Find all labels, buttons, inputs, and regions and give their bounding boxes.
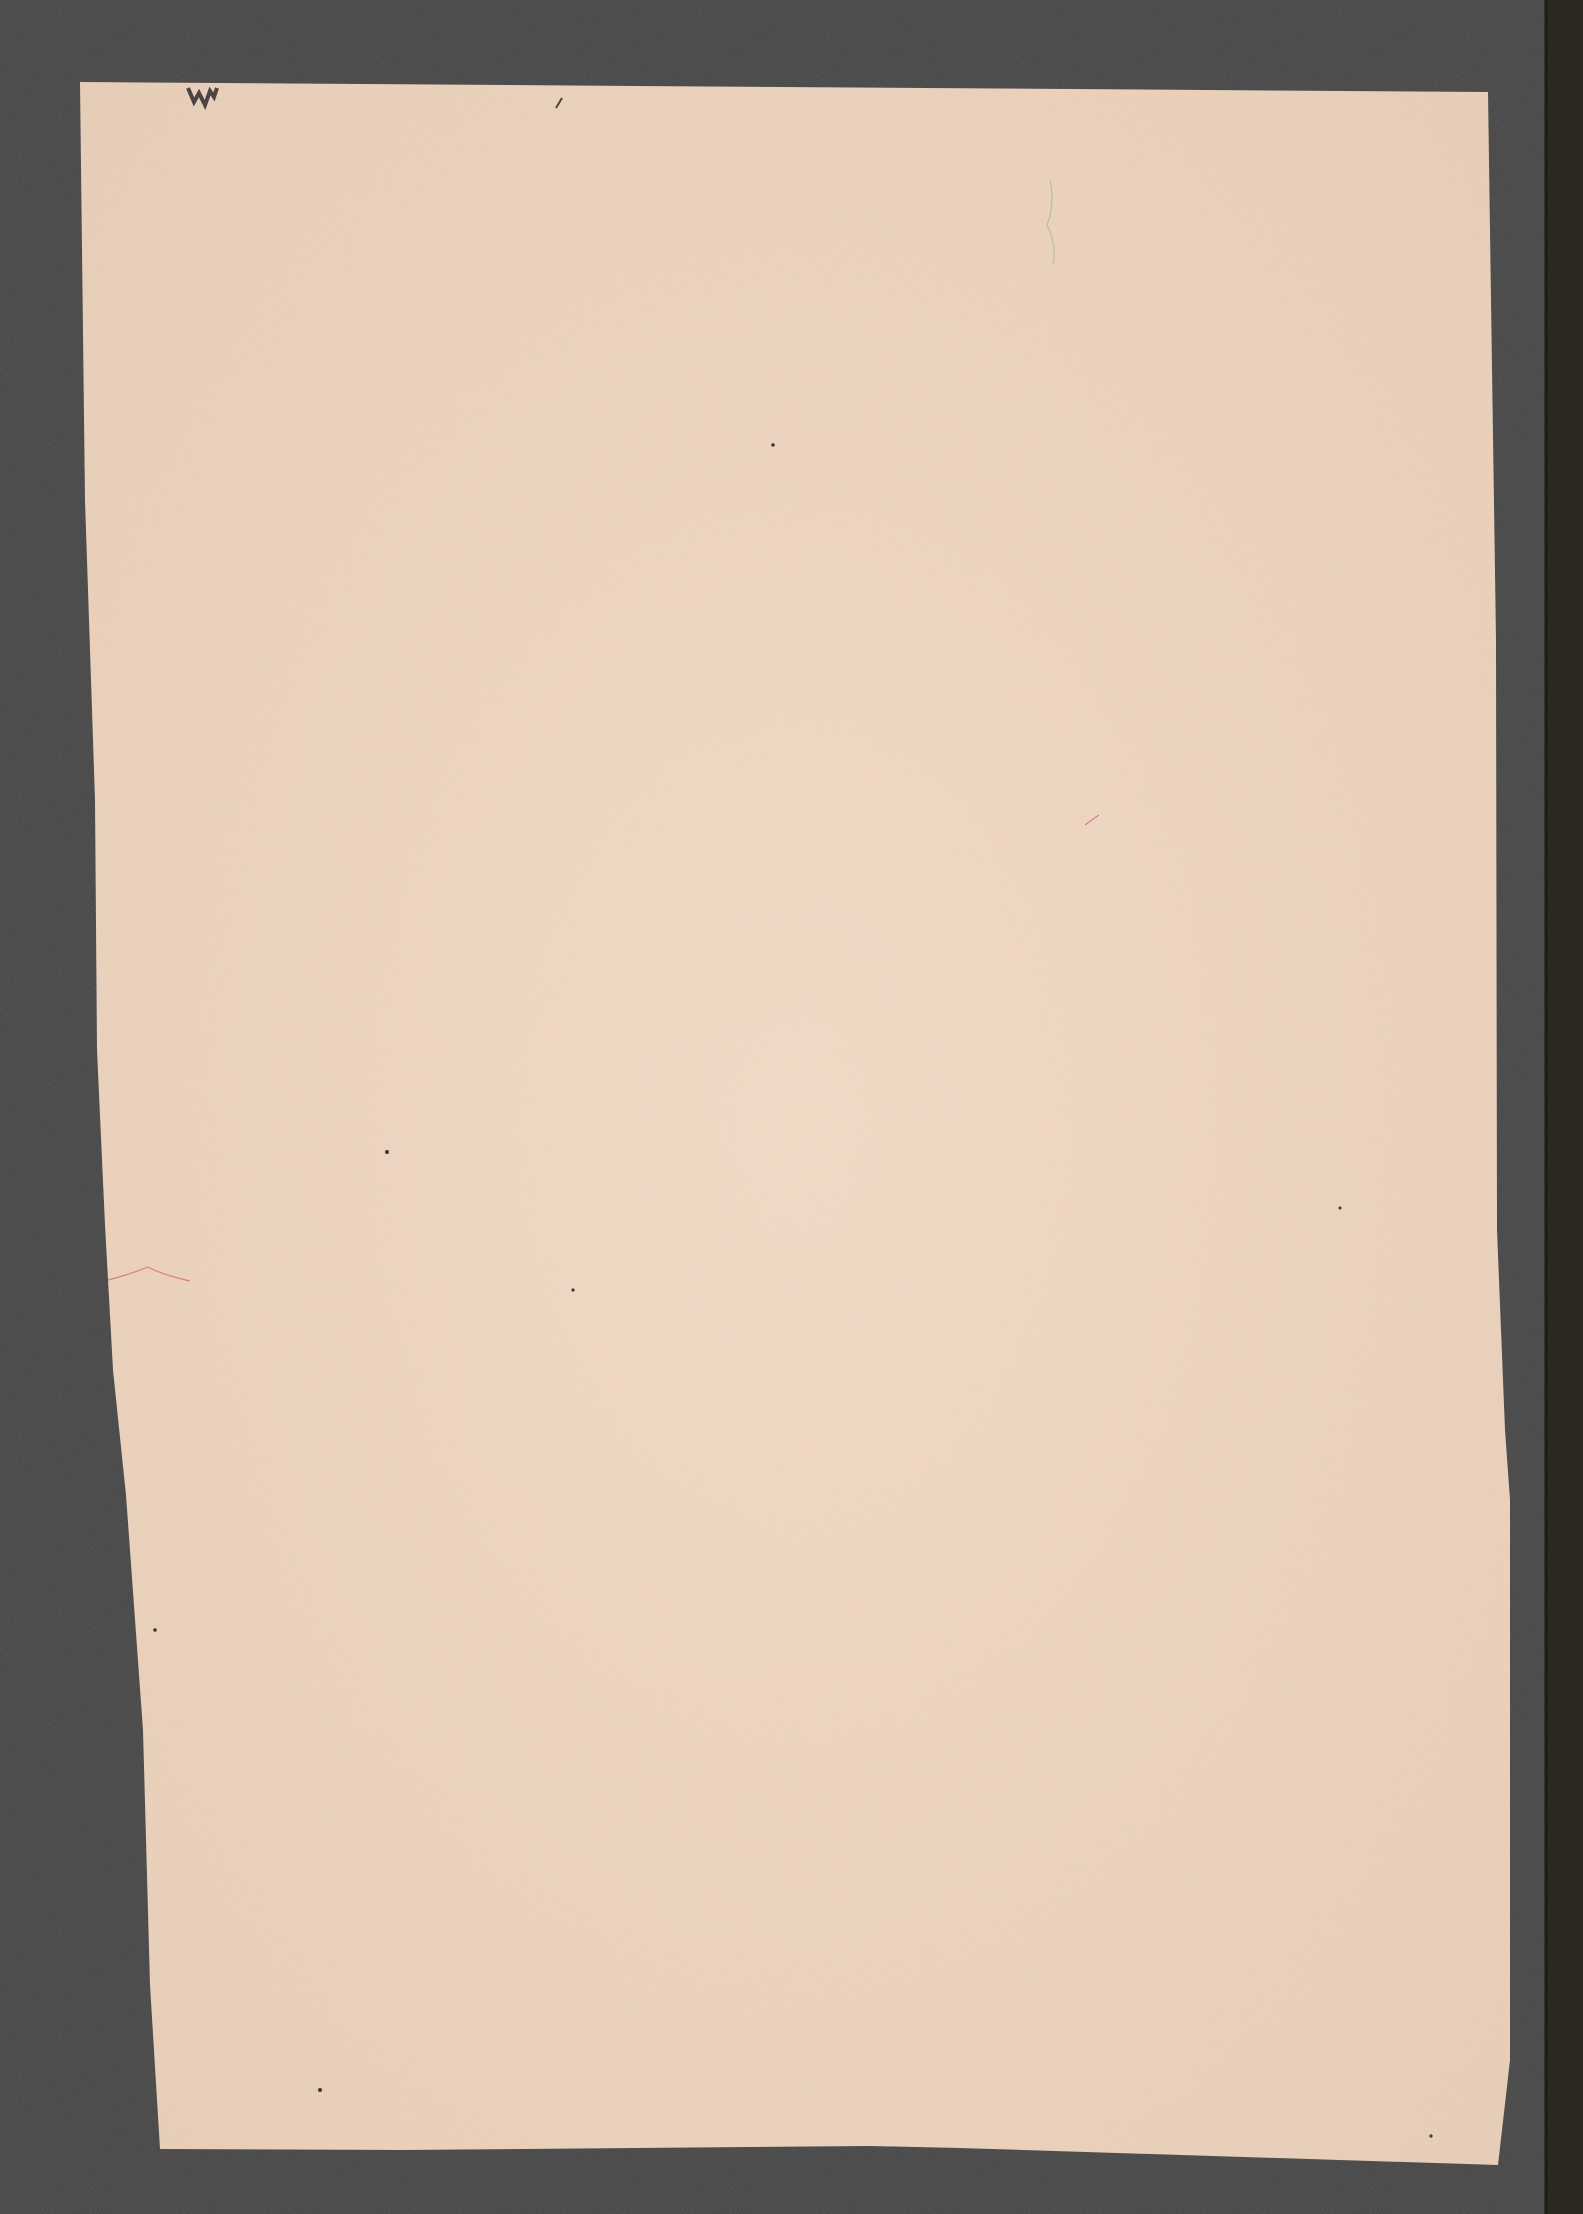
album-card-edge [1545, 0, 1583, 2214]
ink-speck [1339, 1207, 1342, 1210]
ink-speck [1429, 2134, 1432, 2137]
photo-scene [0, 0, 1583, 2214]
paper-sheet [80, 82, 1510, 2165]
ink-speck [153, 1628, 157, 1632]
ink-speck [771, 443, 775, 447]
ink-speck [385, 1150, 389, 1154]
ink-speck [571, 1288, 574, 1291]
ink-speck [318, 2088, 322, 2092]
